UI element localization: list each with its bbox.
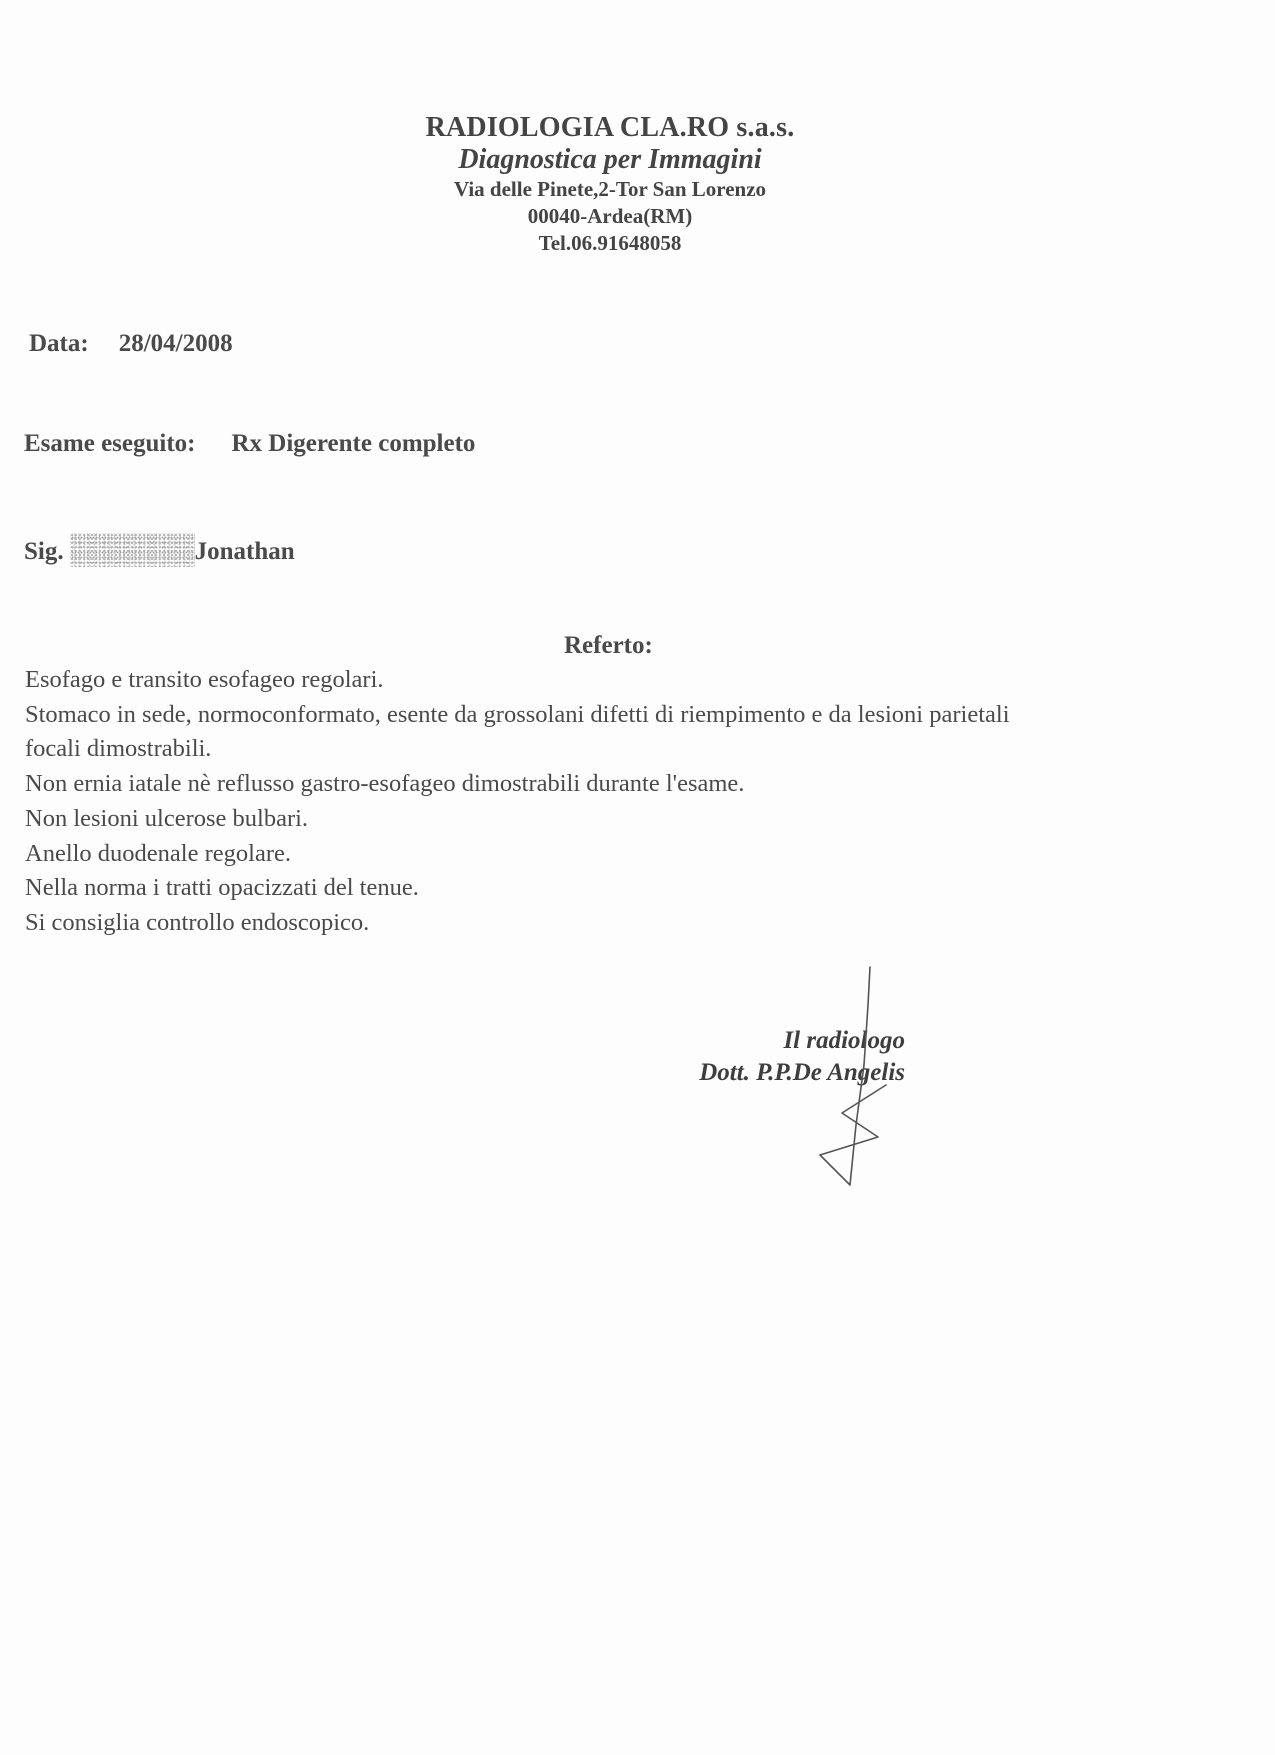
- company-subtitle: Diagnostica per Immagini: [380, 144, 840, 176]
- report-line: Stomaco in sede, normoconformato, esente…: [25, 698, 1225, 733]
- report-line: Si consiglia controllo endoscopico.: [25, 906, 1225, 941]
- date-value: 28/04/2008: [119, 330, 233, 357]
- date-field: Data:28/04/2008: [29, 330, 233, 358]
- letterhead: RADIOLOGIA CLA.RO s.a.s. Diagnostica per…: [380, 112, 840, 257]
- company-name: RADIOLOGIA CLA.RO s.a.s.: [380, 112, 840, 144]
- redacted-surname: [70, 533, 195, 567]
- company-city: 00040-Ardea(RM): [380, 203, 840, 230]
- report-line: Non ernia iatale nè reflusso gastro-esof…: [25, 767, 1225, 802]
- report-line: focali dimostrabili.: [25, 732, 1225, 767]
- report-title: Referto:: [564, 632, 653, 660]
- company-phone: Tel.06.91648058: [380, 230, 840, 257]
- report-line: Anello duodenale regolare.: [25, 837, 1225, 872]
- exam-field: Esame eseguito:Rx Digerente completo: [24, 430, 475, 458]
- exam-value: Rx Digerente completo: [232, 430, 476, 457]
- report-body: Esofago e transito esofageo regolari. St…: [25, 663, 1225, 941]
- report-line: Nella norma i tratti opacizzati del tenu…: [25, 871, 1225, 906]
- patient-label: Sig.: [24, 538, 64, 565]
- exam-label: Esame eseguito:: [24, 430, 196, 457]
- company-address: Via delle Pinete,2-Tor San Lorenzo: [380, 176, 840, 203]
- date-label: Data:: [29, 330, 89, 357]
- patient-field: Sig.Jonathan: [24, 533, 295, 567]
- report-line: Esofago e transito esofageo regolari.: [25, 663, 1225, 698]
- handwritten-signature-icon: [790, 965, 910, 1205]
- report-line: Non lesioni ulcerose bulbari.: [25, 802, 1225, 837]
- patient-name: Jonathan: [195, 538, 295, 565]
